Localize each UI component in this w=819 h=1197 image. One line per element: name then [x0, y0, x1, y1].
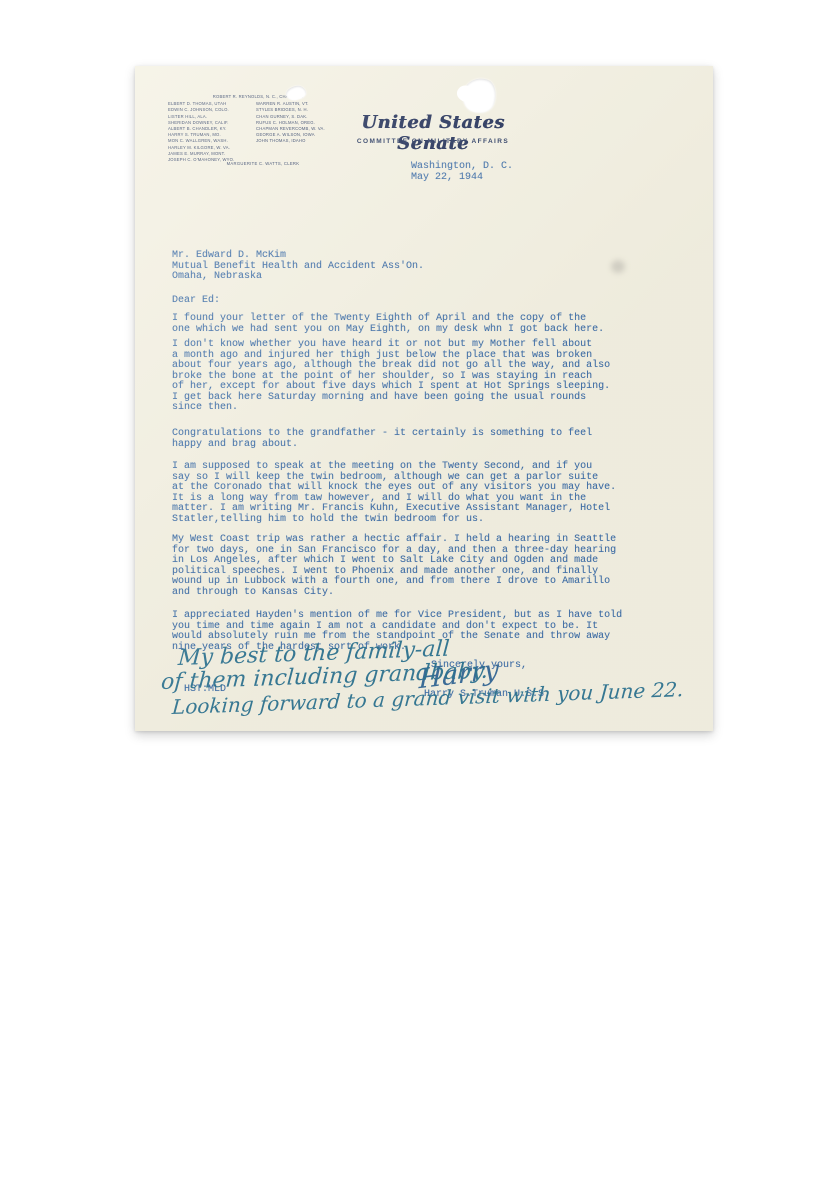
committee-clerk: MARGUERITE C. WATTS, CLERK: [168, 161, 358, 166]
member-column-left: ELBERT D. THOMAS, UTAH EDWIN C. JOHNSON,…: [168, 101, 256, 163]
body-paragraph-3: Congratulations to the grandfather - it …: [172, 429, 592, 450]
body-paragraph-4: I am supposed to speak at the meeting on…: [172, 462, 616, 525]
member-columns: ELBERT D. THOMAS, UTAH EDWIN C. JOHNSON,…: [168, 101, 348, 163]
scan-canvas: ROBERT R. REYNOLDS, N. C., CHAIRMAN ELBE…: [0, 0, 819, 1197]
salutation: Dear Ed:: [172, 296, 220, 307]
body-paragraph-2: I don't know whether you have heard it o…: [172, 340, 610, 414]
dateline: Washington, D. C. May 22, 1944: [411, 162, 513, 183]
paper-smudge: [611, 260, 625, 273]
recipient-address: Mr. Edward D. McKim Mutual Benefit Healt…: [172, 251, 424, 283]
punch-hole: [458, 74, 500, 117]
committee-member-list: ROBERT R. REYNOLDS, N. C., CHAIRMAN ELBE…: [168, 94, 348, 163]
body-paragraph-1: I found your letter of the Twenty Eighth…: [172, 314, 604, 335]
letterhead-committee: COMMITTEE ON MILITARY AFFAIRS: [333, 138, 533, 145]
letter-paper: ROBERT R. REYNOLDS, N. C., CHAIRMAN ELBE…: [135, 66, 713, 731]
body-paragraph-5: My West Coast trip was rather a hectic a…: [172, 535, 616, 598]
letterhead-title: United States Senate: [333, 112, 533, 154]
committee-chairman: ROBERT R. REYNOLDS, N. C., CHAIRMAN: [168, 94, 348, 100]
